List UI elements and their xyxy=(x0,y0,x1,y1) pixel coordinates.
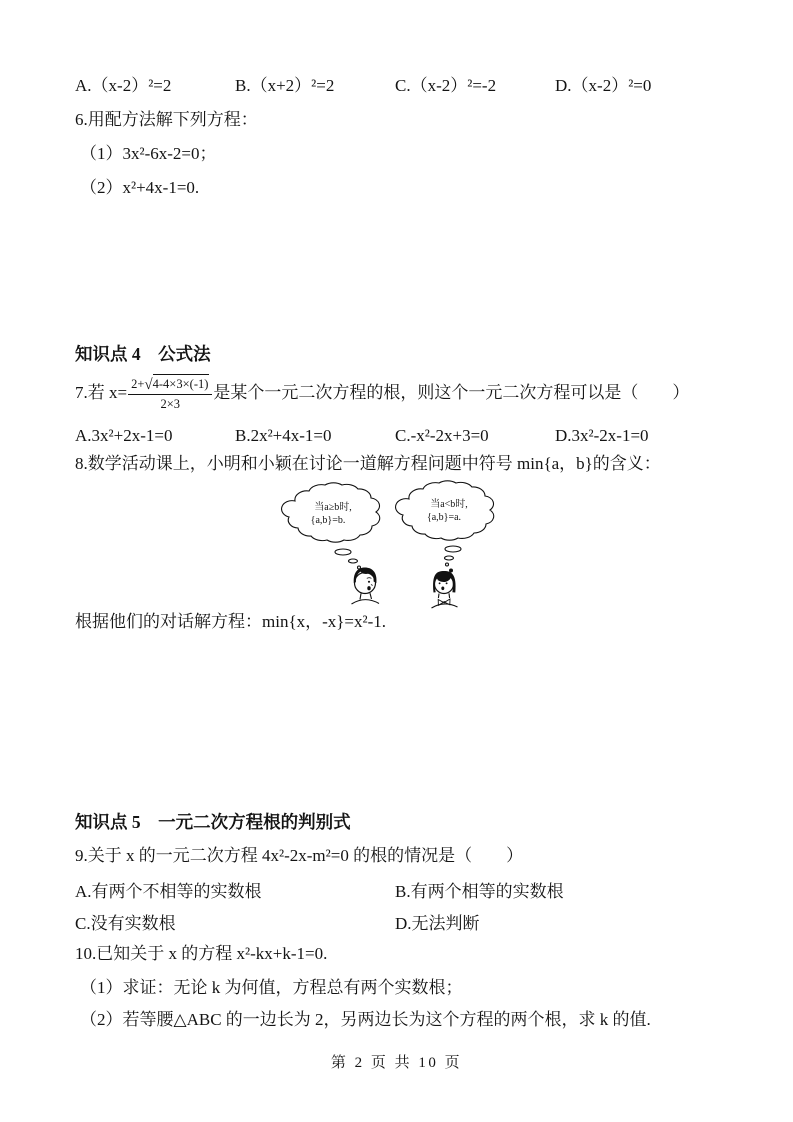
q7-fraction-numerator: 2+ √ 4-4×3×(-1) xyxy=(128,374,212,394)
q8-illustration: 当a≥b时, {a,b}=b. 当a<b时, {a,b}=a. xyxy=(281,477,521,611)
kp4-heading: 知识点 4 公式法 xyxy=(75,342,211,366)
question-6-item-1: （1）3x²-6x-2=0； xyxy=(80,142,217,166)
q9-option-d: D.无法判断 xyxy=(395,912,715,936)
prev-question-options-row: A.（x-2）²=2 B.（x+2）²=2 C.（x-2）²=-2 D.（x-2… xyxy=(75,74,715,98)
page-footer: 第 2 页 共 10 页 xyxy=(0,1051,793,1072)
q9-option-c: C.没有实数根 xyxy=(75,912,395,936)
question-8-conclusion: 根据他们的对话解方程：min{x，-x}=x²-1. xyxy=(75,610,386,634)
q9-option-b: B.有两个相等的实数根 xyxy=(395,880,715,904)
q7-square-root: √ 4-4×3×(-1) xyxy=(144,374,209,392)
q7-frac-num-prefix: 2+ xyxy=(131,376,144,392)
prev-option-d: D.（x-2）²=0 xyxy=(555,74,715,98)
question-9-options-row-1: A.有两个不相等的实数根 B.有两个相等的实数根 xyxy=(75,880,715,904)
q7-option-c: C.-x²-2x+3=0 xyxy=(395,424,555,448)
question-10-item-1: （1）求证：无论 k 为何值，方程总有两个实数根； xyxy=(80,976,463,1000)
thought-bubble-right-icon xyxy=(396,481,494,566)
q7-option-d: D.3x²-2x-1=0 xyxy=(555,424,715,448)
bubble-right-text-line1: 当a<b时, xyxy=(430,497,468,510)
q7-radicand: 4-4×3×(-1) xyxy=(153,374,210,392)
question-10-item-2: （2）若等腰△ABC 的一边长为 2，另两边长为这个方程的两个根，求 k 的值. xyxy=(80,1008,651,1032)
question-9-options-row-2: C.没有实数根 D.无法判断 xyxy=(75,912,715,936)
question-7-stem: 7.若 x= 2+ √ 4-4×3×(-1) 2×3 是某个一元二次方程的根，则… xyxy=(75,371,689,415)
q7-option-b: B.2x²+4x-1=0 xyxy=(235,424,395,448)
boy-figure xyxy=(352,568,380,605)
q7-fraction-denominator: 2×3 xyxy=(160,395,180,412)
bubble-left-text-line2: {a,b}=b. xyxy=(311,515,346,526)
q7-suffix: 是某个一元二次方程的根，则这个一元二次方程可以是（ ） xyxy=(213,381,689,405)
kp5-heading: 知识点 5 一元二次方程根的判别式 xyxy=(75,810,351,834)
question-8-stem: 8.数学活动课上，小明和小颖在讨论一道解方程问题中符号 min{a，b}的含义： xyxy=(75,452,661,476)
question-6-stem: 6.用配方法解下列方程： xyxy=(75,108,258,132)
q7-prefix: 7.若 x= xyxy=(75,381,127,405)
thinking-students-figure: 当a≥b时, {a,b}=b. 当a<b时, {a,b}=a. xyxy=(281,477,521,611)
prev-option-c: C.（x-2）²=-2 xyxy=(395,74,555,98)
bubble-right-text-line2: {a,b}=a. xyxy=(427,512,461,523)
girl-figure xyxy=(432,569,458,609)
question-7-options-row: A.3x²+2x-1=0 B.2x²+4x-1=0 C.-x²-2x+3=0 D… xyxy=(75,424,715,448)
q7-option-a: A.3x²+2x-1=0 xyxy=(75,424,235,448)
question-9-stem: 9.关于 x 的一元二次方程 4x²-2x-m²=0 的根的情况是（ ） xyxy=(75,844,523,868)
question-6-item-2: （2）x²+4x-1=0. xyxy=(80,176,199,200)
bubble-left-text-line1: 当a≥b时, xyxy=(314,500,351,513)
q9-option-a: A.有两个不相等的实数根 xyxy=(75,880,395,904)
question-10-stem: 10.已知关于 x 的方程 x²-kx+k-1=0. xyxy=(75,942,327,966)
q7-fraction: 2+ √ 4-4×3×(-1) 2×3 xyxy=(128,374,212,412)
prev-option-b: B.（x+2）²=2 xyxy=(235,74,395,98)
worksheet-page: A.（x-2）²=2 B.（x+2）²=2 C.（x-2）²=-2 D.（x-2… xyxy=(0,0,793,1122)
prev-option-a: A.（x-2）²=2 xyxy=(75,74,235,98)
radical-sign: √ xyxy=(144,378,152,393)
